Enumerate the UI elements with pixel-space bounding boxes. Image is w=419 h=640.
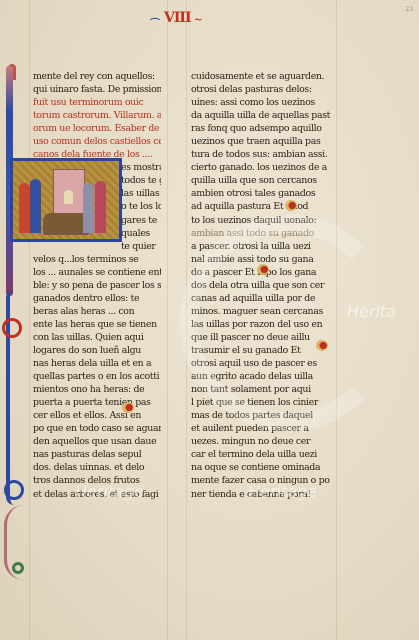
text-line: otrosi delas pasturas delos:	[191, 83, 331, 96]
paragraph-mark-icon	[122, 402, 134, 413]
rubric-line: torum castrorum. Villarum. al	[33, 109, 161, 122]
text-line: uezinos que traen aquilla pas	[191, 135, 331, 148]
text-line: na oque se contiene ominada	[191, 461, 331, 474]
watermark-logo-icon	[180, 215, 396, 431]
text-line: quilla uilla que son cercanos	[191, 174, 331, 187]
text-line: los ... aunales se contiene ente	[33, 266, 161, 279]
text-line: cer ellos et ellos. Assi en	[33, 409, 161, 422]
text-line: nas pasturas delas sepul	[33, 448, 161, 461]
ruling-line	[29, 0, 30, 640]
text-line: mientos ono ha heras: de	[33, 383, 161, 396]
text-line: o te los lo	[33, 200, 161, 213]
watermark-text: Heritage	[75, 482, 144, 501]
text-line: den aquellos que usan daue	[33, 435, 161, 448]
flourish-icon: ⌒	[150, 15, 159, 30]
text-line: ente las heras que se tienen	[33, 318, 161, 331]
knot-icon	[4, 480, 24, 500]
figure-icon	[19, 183, 30, 233]
text-line: po que en todo caso se aguar	[33, 422, 161, 435]
folio-corner-number: 23	[405, 6, 413, 13]
rubric-line: uso comun delos castiellos cer	[33, 135, 161, 148]
ruling-line	[167, 0, 168, 640]
text-line: con las uillas. Quien aqui	[33, 331, 161, 344]
folio-number: VIII	[164, 10, 191, 26]
text-line: car el termino dela uilla uezi	[191, 448, 331, 461]
text-line: beras alas heras ... con	[33, 305, 161, 318]
text-line: cierto ganado. los uezinos de a	[191, 161, 331, 174]
paragraph-mark-icon	[285, 200, 297, 211]
text-line: qui uinaro fasta. De pmission	[33, 84, 161, 95]
rubric-line: canos dela fuente de los ....	[33, 148, 161, 161]
rubric-line: orum ue locorum. Esaber de	[33, 122, 161, 135]
text-line: tura de todos sus: ambian assi.	[191, 148, 331, 161]
text-line: velos q...los terminos se	[33, 253, 161, 266]
text-line: nas heras dela uilla et en a	[33, 357, 161, 370]
text-line: ad aquilla pastura Et quod	[191, 200, 331, 213]
text-line: da aquilla uilla de aquellas pastu	[191, 109, 331, 122]
text-line: ambien otrosi tales ganados	[191, 187, 331, 200]
text-line: todos te gi	[33, 174, 161, 187]
text-line: mente del rey con aquellos:	[33, 70, 161, 83]
text-line: es mostrado	[33, 161, 161, 174]
text-line: ras fonq quo adsempo aquillo	[191, 122, 331, 135]
watermark-text: Herita	[347, 302, 396, 321]
text-line: uines: assi como los uezinos	[191, 96, 331, 109]
text-line: gares te	[33, 214, 161, 227]
text-line: quales	[33, 227, 161, 240]
text-line: las uillas	[33, 187, 161, 200]
rubric-line: fuit usu terminorum ouic	[33, 96, 161, 109]
manuscript-page: ⌒ VIII ~ 23 mente del rey con aquellos: …	[0, 0, 419, 640]
text-line: dos. delas uinnas. et delo	[33, 461, 161, 474]
text-line: ganados dentro ellos: te	[33, 292, 161, 305]
text-line: cuidosamente et se aguarden.	[191, 70, 331, 83]
text-line: logares do son lueñ algu	[33, 344, 161, 357]
folio-header: ⌒ VIII ~	[164, 10, 191, 26]
text-line: quellas partes o en los acotti	[33, 370, 161, 383]
knot-icon	[2, 318, 22, 338]
text-column-left: mente del rey con aquellos: qui uinaro f…	[33, 70, 161, 501]
bud-icon	[12, 562, 24, 574]
watermark-text: Heritage	[248, 482, 317, 501]
flourish-icon: ~	[194, 15, 201, 26]
text-line: te quier	[33, 240, 161, 253]
text-line: uezes. mingun no deue cer	[191, 435, 331, 448]
text-line: ble: y so pena de pascer los sus	[33, 279, 161, 292]
text-line: puerta a puerta tenien pas	[33, 396, 161, 409]
